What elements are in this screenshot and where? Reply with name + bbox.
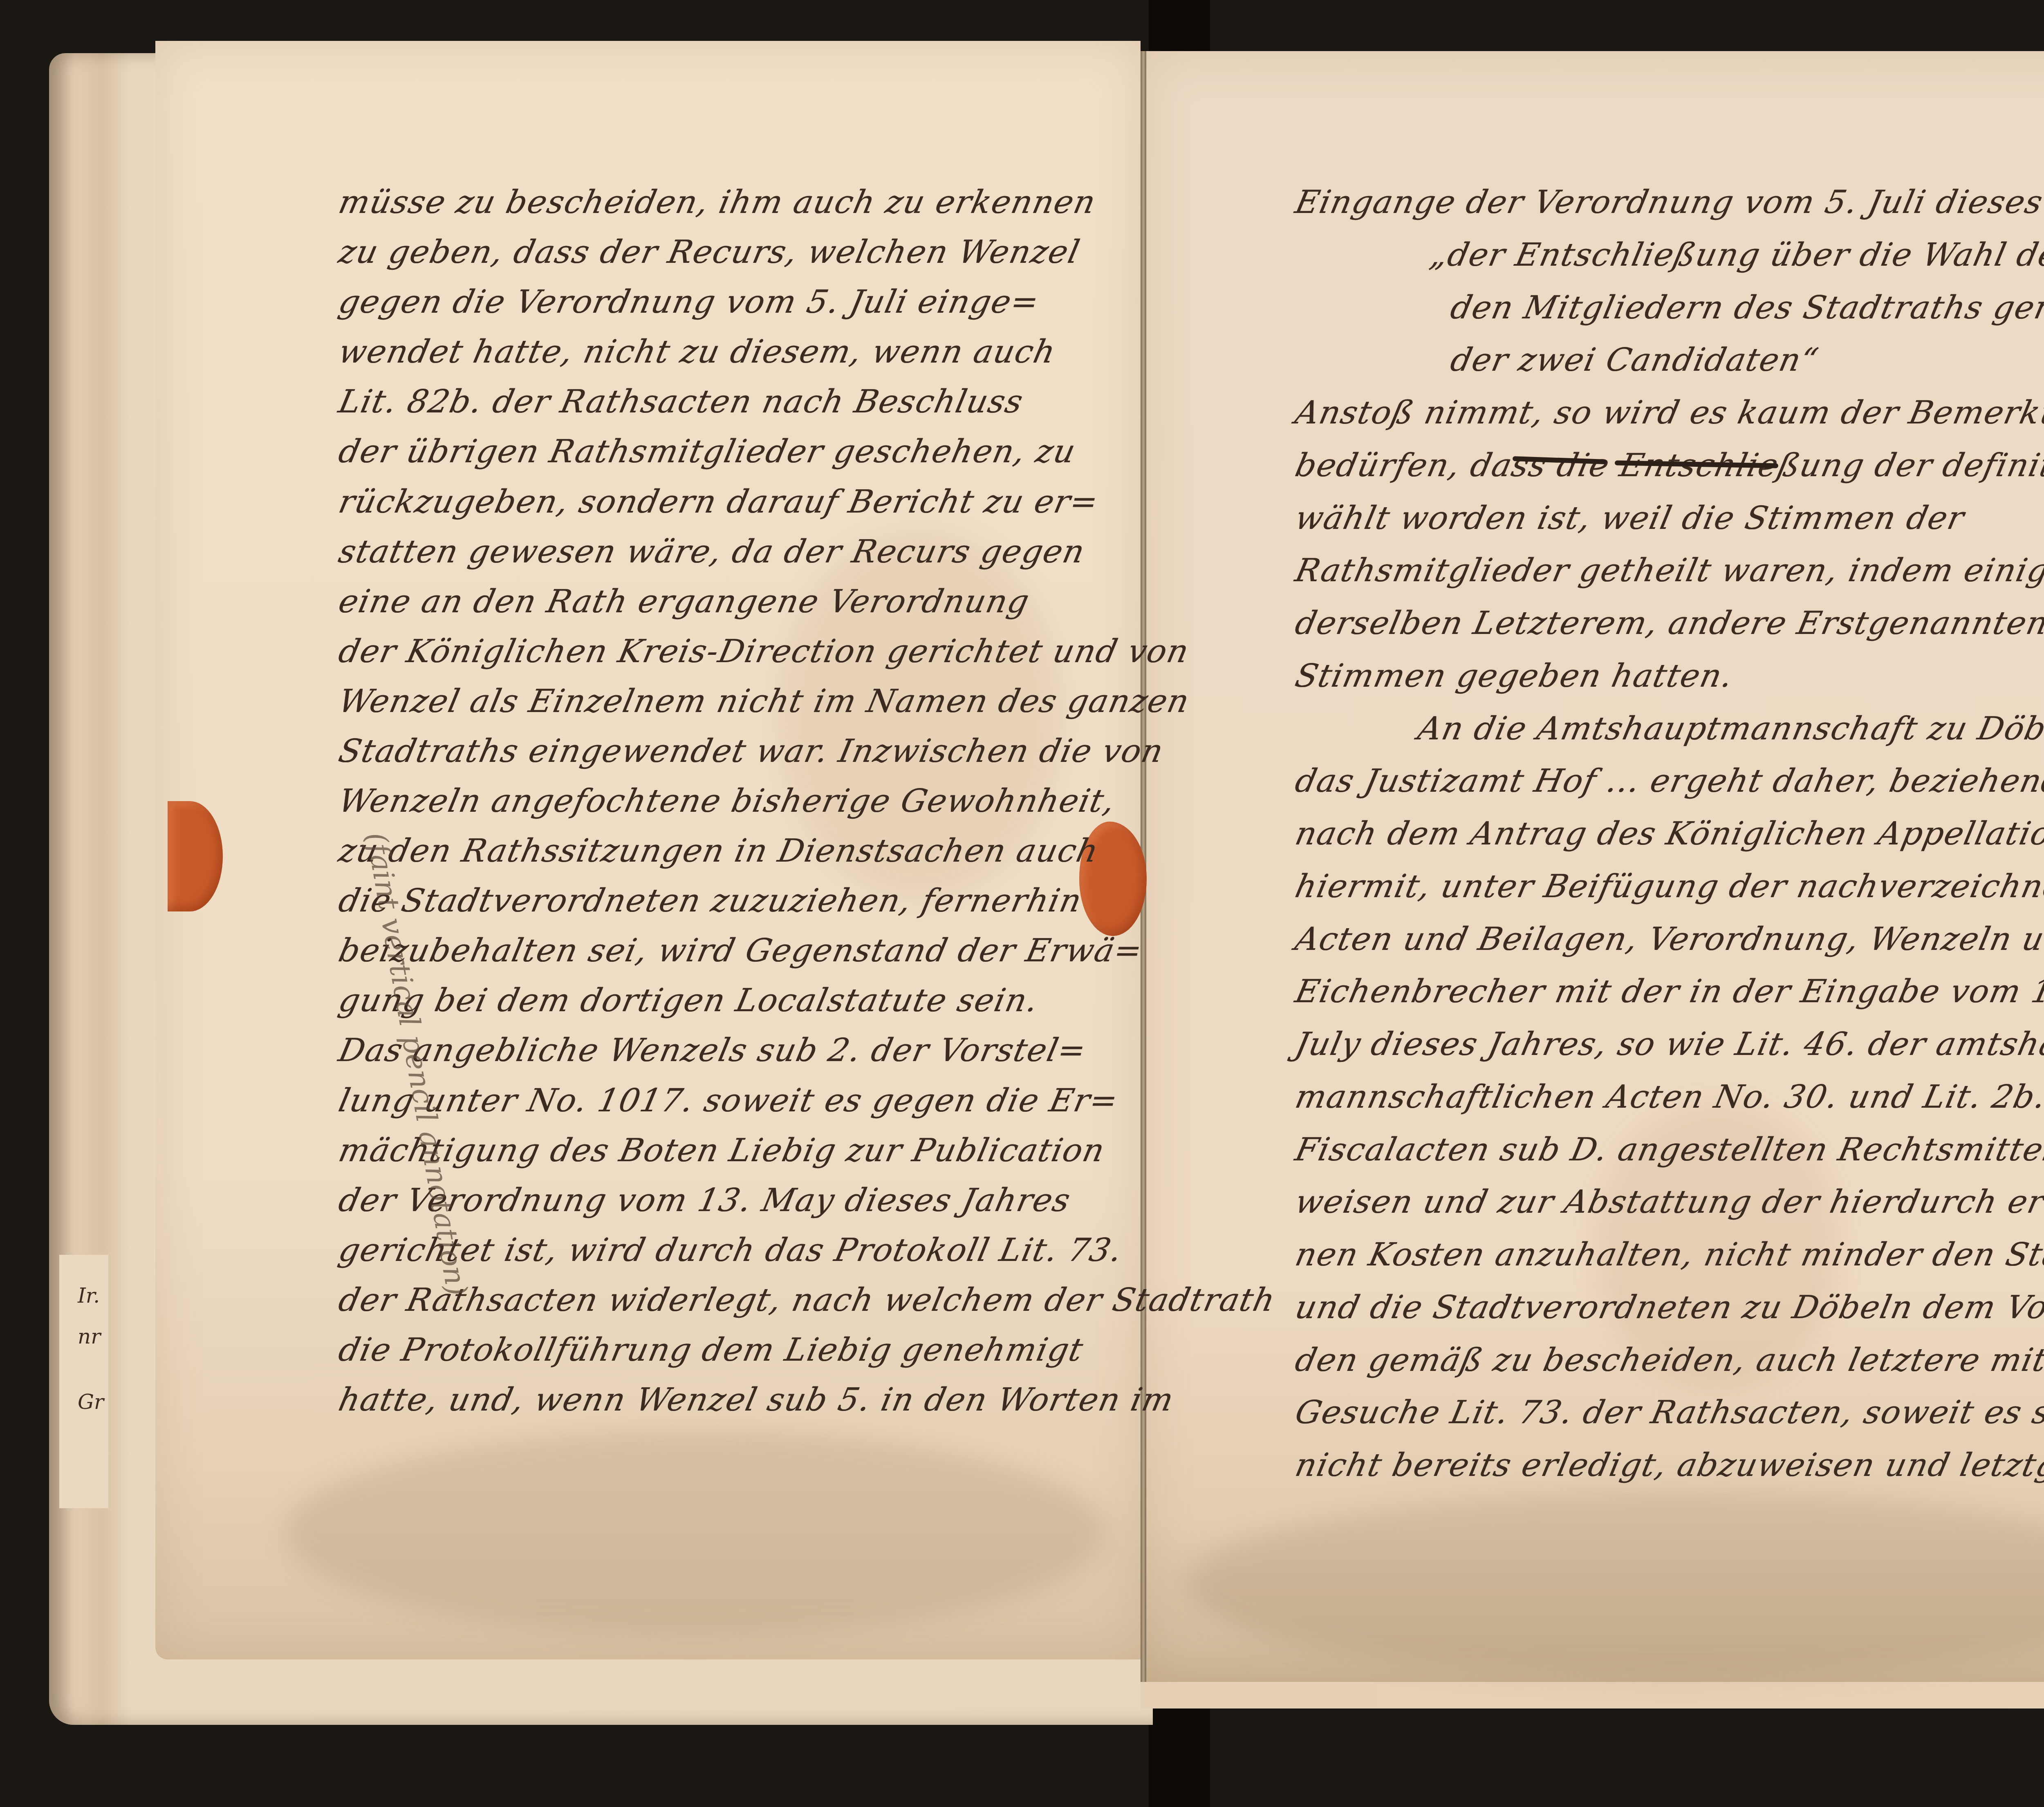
text-line: „der Entschließung über die Wahl der von xyxy=(1427,237,2044,273)
water-stain xyxy=(286,1431,1104,1635)
text-line: wählt worden ist, weil die Stimmen der xyxy=(1292,500,1968,537)
text-line: Lit. 82b. der Rathsacten nach Beschluss xyxy=(335,383,1026,420)
text-line: den gemäß zu bescheiden, auch letztere m… xyxy=(1292,1342,2044,1379)
text-line: Wenzeln angefochtene bisherige Gewohnhei… xyxy=(335,783,1118,820)
text-line: das Justizamt Hof ... ergeht daher, bezi… xyxy=(1292,763,2044,799)
text-line: rückzugeben, sondern darauf Bericht zu e… xyxy=(335,484,1102,520)
text-line: hiermit, unter Beifügung der nachverzeic… xyxy=(1292,868,2044,905)
text-line: derselben Letzterem, andere Erstgenannte… xyxy=(1292,605,2044,642)
text-line: An die Amtshauptmannschaft zu Döbeln und xyxy=(1414,710,2044,747)
text-line: Fiscalacten sub D. angestellten Rechtsmi… xyxy=(1292,1131,2044,1168)
text-line: der übrigen Rathsmitglieder geschehen, z… xyxy=(335,433,1079,470)
text-line: die Stadtverordneten zuzuziehen, fernerh… xyxy=(335,882,1085,919)
text-line: Anstoß nimmt, so wird es kaum der Bemerk… xyxy=(1292,394,2044,431)
text-line: weisen und zur Abstattung der hierdurch … xyxy=(1292,1184,2044,1220)
edge-mark: Ir. xyxy=(78,1279,104,1312)
text-line: zu geben, dass der Recurs, welchen Wenze… xyxy=(335,234,1083,271)
edge-mark: Gr xyxy=(78,1386,104,1418)
text-line: Wenzel als Einzelnem nicht im Namen des … xyxy=(335,683,1193,720)
text-line: Eichenbrecher mit der in der Eingabe vom… xyxy=(1292,973,2044,1010)
edge-mark: nr xyxy=(78,1320,104,1353)
text-line: und die Stadtverordneten zu Döbeln dem V… xyxy=(1292,1289,2044,1326)
text-line: gung bei dem dortigen Localstatute sein. xyxy=(335,982,1042,1019)
text-line: der Rathsacten widerlegt, nach welchem d… xyxy=(335,1282,1279,1319)
text-line: wendet hatte, nicht zu diesem, wenn auch xyxy=(335,334,1059,370)
text-line: July dieses Jahres, so wie Lit. 46. der … xyxy=(1292,1026,2044,1063)
text-line: Stadtraths eingewendet war. Inzwischen d… xyxy=(335,733,1167,770)
text-line: mannschaftlichen Acten No. 30. und Lit. … xyxy=(1292,1079,2044,1115)
text-line: den Mitgliedern des Stadtraths genannten xyxy=(1447,289,2044,326)
text-line: beizubehalten sei, wird Gegenstand der E… xyxy=(335,932,1146,969)
text-line: Gesuche Lit. 73. der Rathsacten, soweit … xyxy=(1292,1394,2044,1431)
outer-edge-marks: Ir. nr Gr xyxy=(78,1279,104,1418)
text-line: Das angebliche Wenzels sub 2. der Vorste… xyxy=(335,1032,1089,1069)
text-line: der Königlichen Kreis-Direction gerichte… xyxy=(335,633,1192,670)
text-line: nen Kosten anzuhalten, nicht minder den … xyxy=(1292,1236,2044,1273)
text-line: Acten und Beilagen, Verordnung, Wenzeln … xyxy=(1292,921,2044,958)
text-line: nach dem Antrag des Königlichen Appellat… xyxy=(1292,815,2044,852)
text-line: lung unter No. 1017. soweit es gegen die… xyxy=(335,1082,1121,1119)
text-line: statten gewesen wäre, da der Recurs gege… xyxy=(335,533,1088,570)
text-line: nicht bereits erledigt, abzuweisen und l… xyxy=(1292,1447,2044,1484)
text-line: eine an den Rath ergangene Verordnung xyxy=(335,583,1033,620)
text-line: hatte, und, wenn Wenzel sub 5. in den Wo… xyxy=(335,1382,1177,1418)
text-line: zu den Rathssitzungen in Dienstsachen au… xyxy=(335,833,1102,869)
text-line: Stimmen gegeben hatten. xyxy=(1292,658,1737,694)
text-line: Rathsmitglieder getheilt waren, indem ei… xyxy=(1292,552,2044,589)
text-line: die Protokollführung dem Liebig genehmig… xyxy=(335,1332,1087,1368)
text-line: müsse zu bescheiden, ihm auch zu erkenne… xyxy=(335,184,1099,221)
text-line: der zwei Candidaten“ xyxy=(1447,342,1822,378)
text-line: Eingange der Verordnung vom 5. Juli dies… xyxy=(1292,184,2044,221)
text-line: gegen die Verordnung vom 5. Juli einge= xyxy=(335,284,1042,320)
